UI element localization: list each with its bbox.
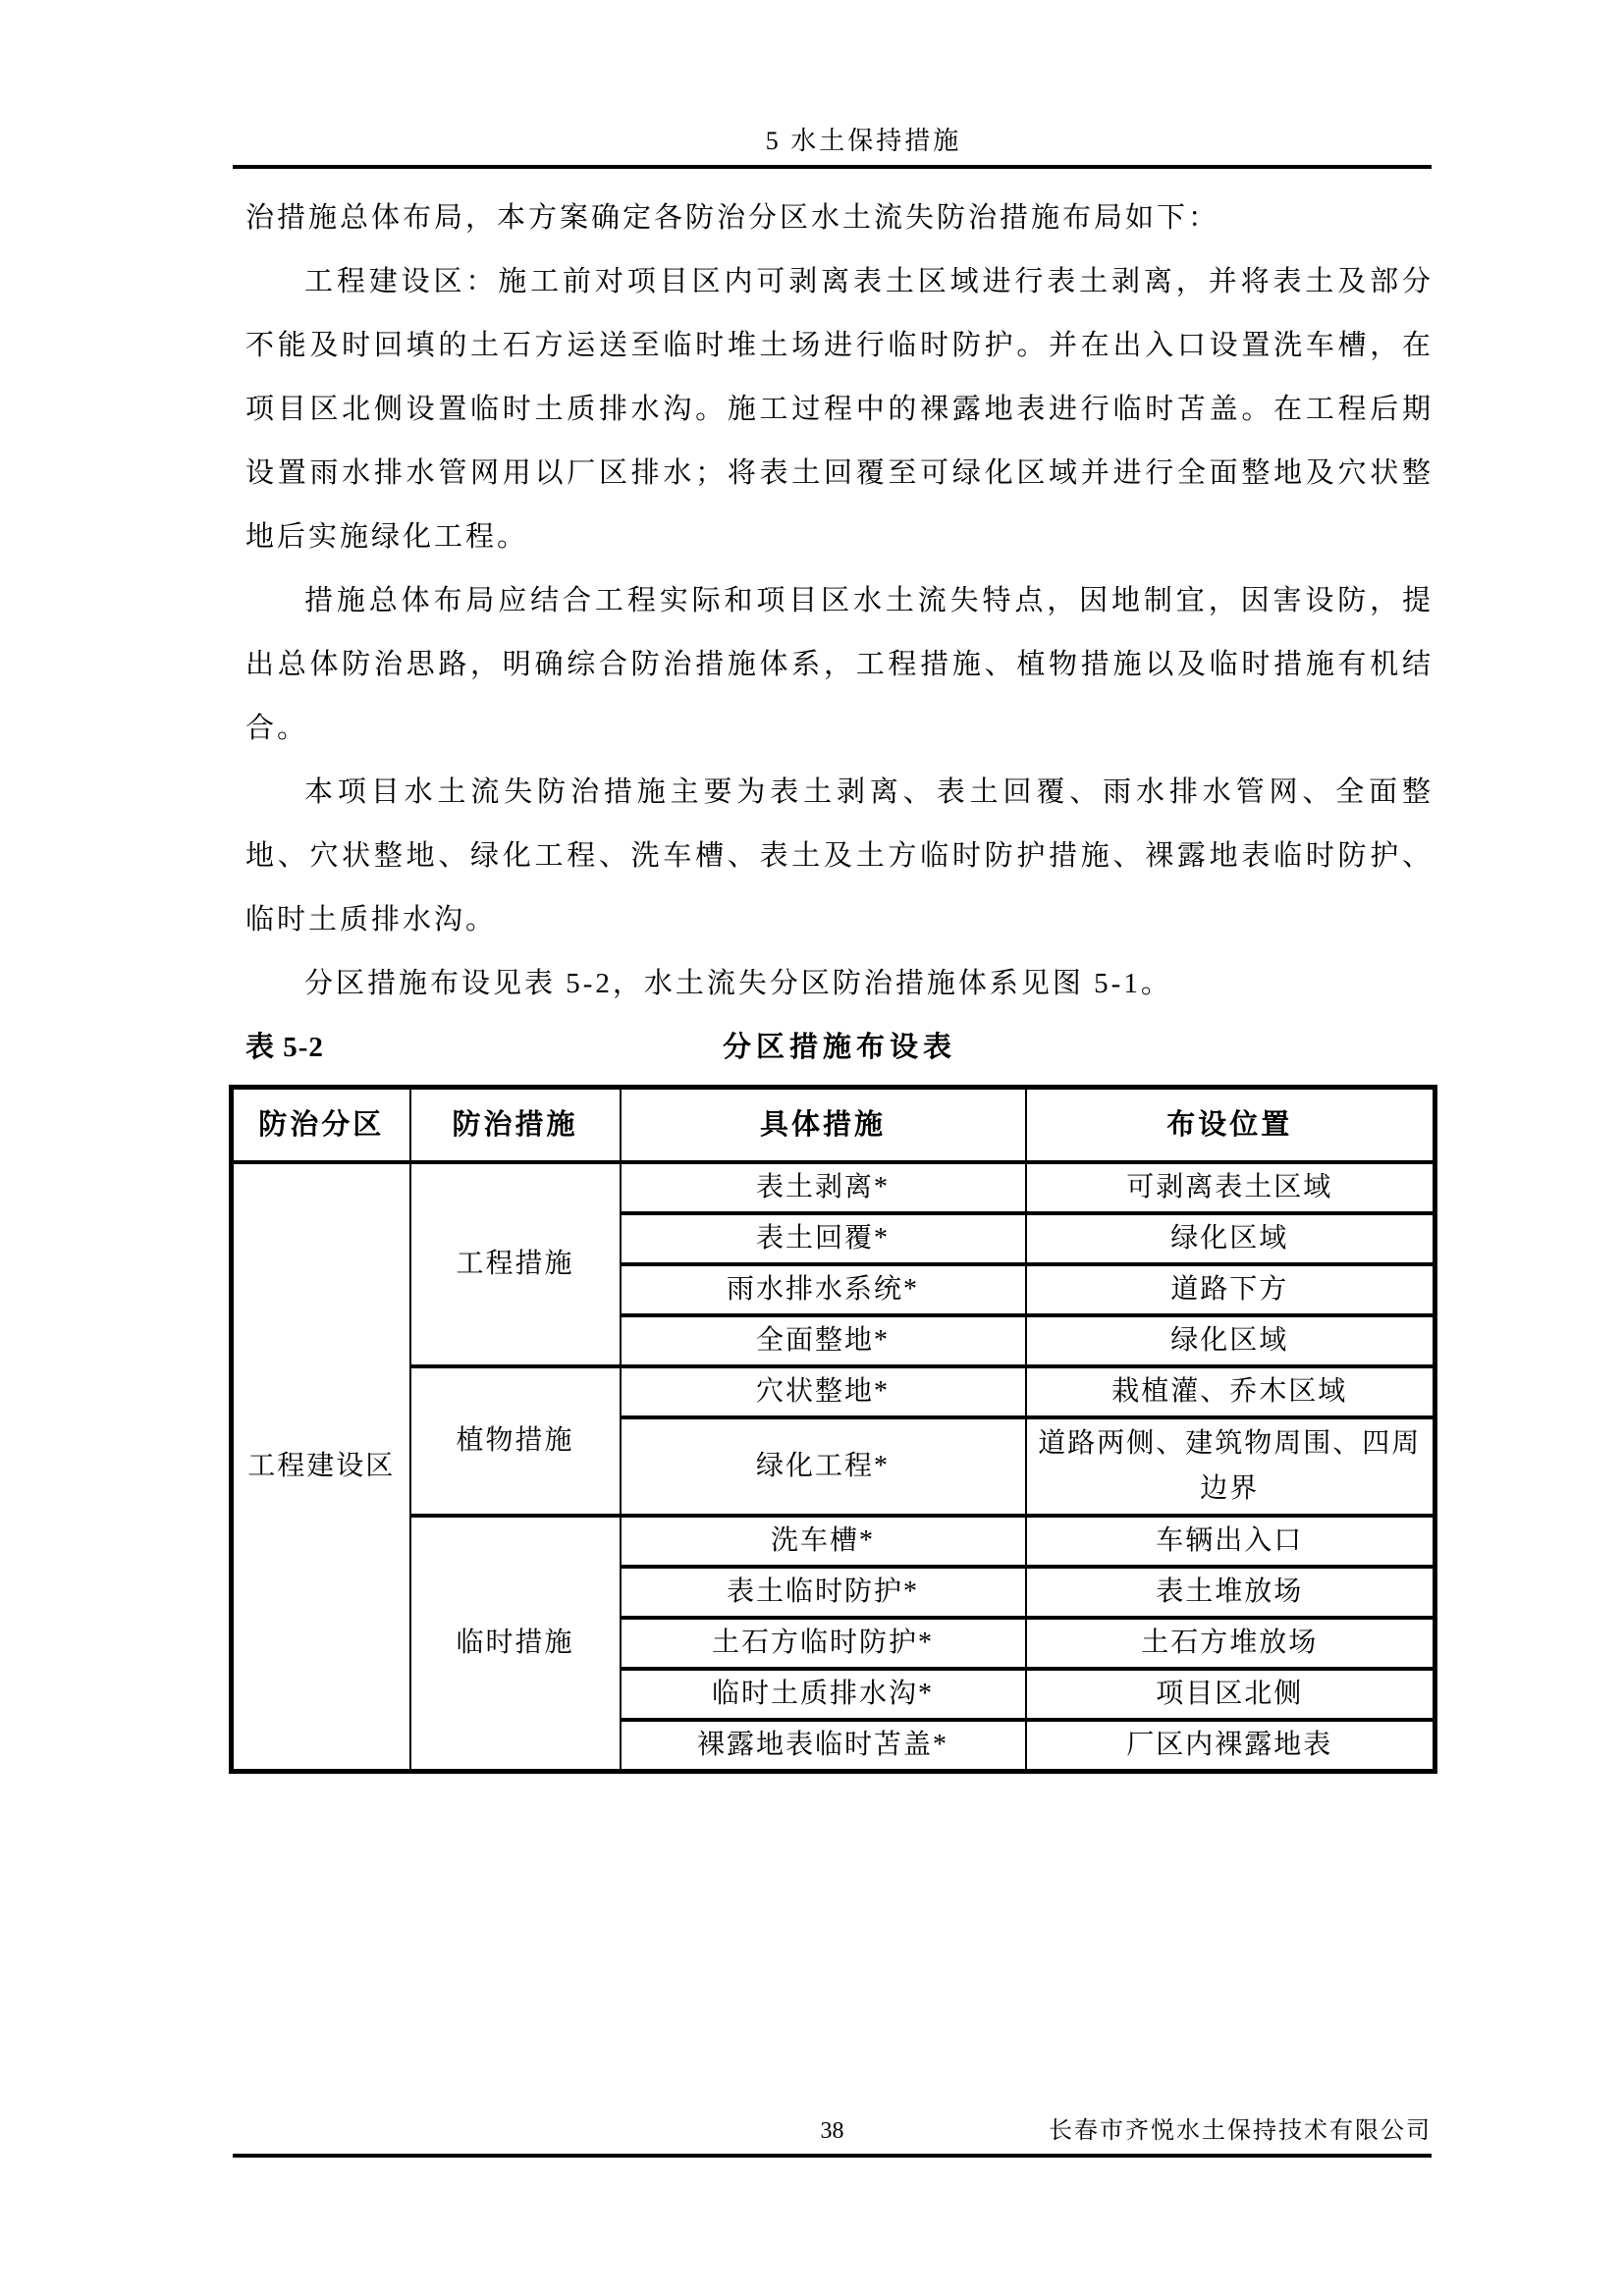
measure-cell: 裸露地表临时苫盖* (621, 1720, 1026, 1772)
measure-cell: 临时土质排水沟* (621, 1669, 1026, 1720)
location-cell: 道路下方 (1026, 1264, 1435, 1315)
measure-cell: 表土回覆* (621, 1213, 1026, 1264)
location-cell: 可剥离表土区域 (1026, 1162, 1435, 1213)
location-cell: 绿化区域 (1026, 1315, 1435, 1366)
table-caption-title: 分区措施布设表 (245, 1025, 1434, 1070)
measure-cell: 表土临时防护* (621, 1567, 1026, 1618)
location-cell: 项目区北侧 (1026, 1669, 1435, 1720)
body-paragraph: 本项目水土流失防治措施主要为表土剥离、表土回覆、雨水排水管网、全面整地、穴状整地… (245, 761, 1434, 952)
document-page: 5 水土保持措施 治措施总体布局，本方案确定各防治分区水土流失防治措施布局如下：… (0, 0, 1624, 2296)
location-cell: 车辆出入口 (1026, 1516, 1435, 1567)
location-cell: 厂区内裸露地表 (1026, 1720, 1435, 1772)
body-text: 治措施总体布局，本方案确定各防治分区水土流失防治措施布局如下： 工程建设区：施工… (245, 187, 1434, 1016)
measure-cell: 绿化工程* (621, 1417, 1026, 1516)
measure-cell: 穴状整地* (621, 1366, 1026, 1417)
zone-cell: 工程建设区 (232, 1162, 410, 1772)
column-header-specific-measure: 具体措施 (621, 1088, 1026, 1163)
column-header-location: 布设位置 (1026, 1088, 1435, 1163)
body-paragraph: 措施总体布局应结合工程实际和项目区水土流失特点，因地制宜，因害设防，提出总体防治… (245, 569, 1434, 761)
table-row: 临时措施 洗车槽* 车辆出入口 (232, 1516, 1435, 1567)
body-paragraph: 工程建设区：施工前对项目区内可剥离表土区域进行表土剥离，并将表土及部分不能及时回… (245, 250, 1434, 569)
footer-rule (233, 2154, 1432, 2158)
measure-cell: 洗车槽* (621, 1516, 1026, 1567)
body-paragraph: 分区措施布设见表 5-2，水土流失分区防治措施体系见图 5-1。 (245, 952, 1434, 1016)
measure-group-cell: 工程措施 (410, 1162, 621, 1366)
page-header-title: 5 水土保持措施 (233, 119, 1432, 164)
location-cell: 道路两侧、建筑物周围、四周边界 (1026, 1417, 1435, 1516)
measure-cell: 土石方临时防护* (621, 1618, 1026, 1669)
location-cell: 表土堆放场 (1026, 1567, 1435, 1618)
table-caption: 表 5-2 分区措施布设表 (245, 1025, 1434, 1070)
measure-cell: 雨水排水系统* (621, 1264, 1026, 1315)
footer-company: 长春市齐悦水土保持技术有限公司 (233, 2110, 1432, 2152)
measure-cell: 全面整地* (621, 1315, 1026, 1366)
column-header-zone: 防治分区 (232, 1088, 410, 1163)
measure-group-cell: 植物措施 (410, 1366, 621, 1516)
location-cell: 栽植灌、乔木区域 (1026, 1366, 1435, 1417)
location-cell: 绿化区域 (1026, 1213, 1435, 1264)
table-row: 植物措施 穴状整地* 栽植灌、乔木区域 (232, 1366, 1435, 1417)
measure-group-cell: 临时措施 (410, 1516, 621, 1772)
location-cell: 土石方堆放场 (1026, 1618, 1435, 1669)
body-paragraph: 治措施总体布局，本方案确定各防治分区水土流失防治措施布局如下： (245, 187, 1434, 250)
table-header-row: 防治分区 防治措施 具体措施 布设位置 (232, 1088, 1435, 1163)
column-header-measure-type: 防治措施 (410, 1088, 621, 1163)
header-rule (233, 165, 1432, 169)
measures-table: 防治分区 防治措施 具体措施 布设位置 工程建设区 工程措施 表土剥离* 可剥离… (229, 1085, 1437, 1774)
table-row: 工程建设区 工程措施 表土剥离* 可剥离表土区域 (232, 1162, 1435, 1213)
measure-cell: 表土剥离* (621, 1162, 1026, 1213)
